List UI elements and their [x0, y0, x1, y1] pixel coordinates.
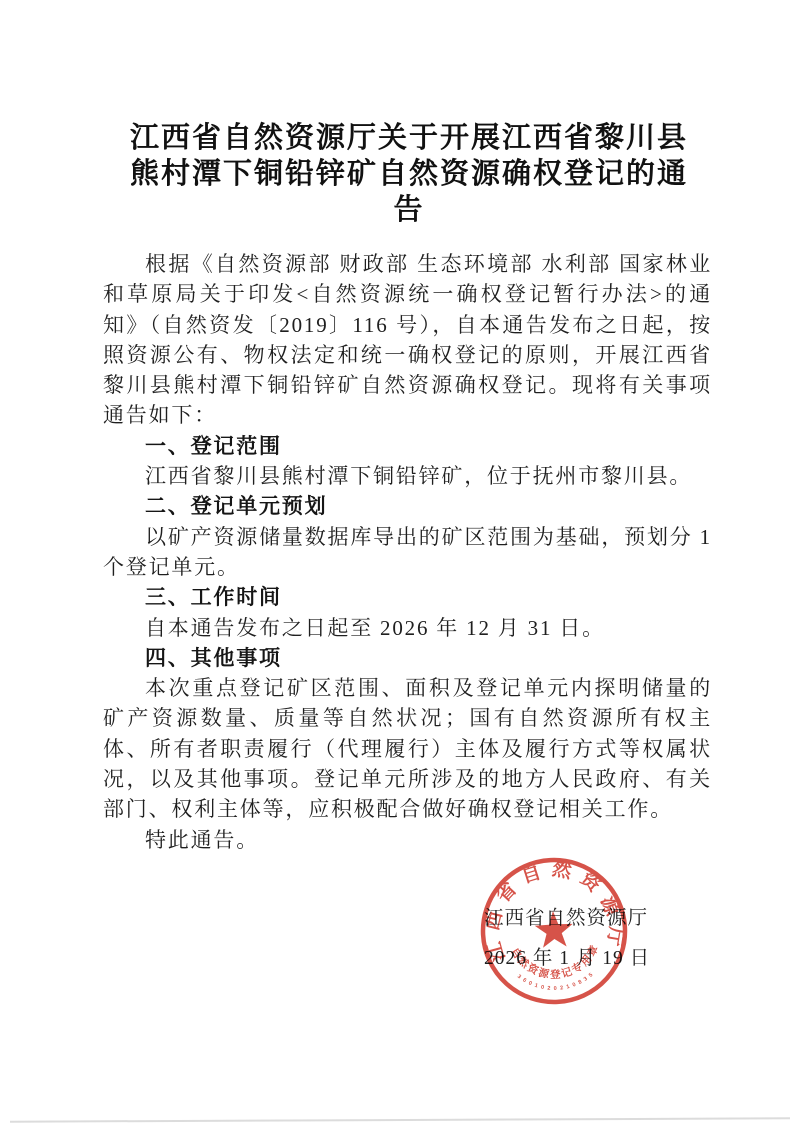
seal-graphic: 江西省自然资源厅 自然资源登记专用章 3601020210835	[470, 847, 638, 1015]
star-icon	[534, 910, 574, 948]
seal-ring-text: 江西省自然资源厅	[477, 853, 629, 964]
section-2-heading: 二、登记单元预划	[103, 491, 712, 521]
official-seal: 江西省自然资源厅 自然资源登记专用章 3601020210835	[470, 847, 638, 1015]
document-title: 江西省自然资源厅关于开展江西省黎川县熊村潭下铜铅锌矿自然资源确权登记的通告	[126, 120, 692, 228]
section-1-heading: 一、登记范围	[103, 431, 712, 461]
document-body: 根据《自然资源部 财政部 生态环境部 水利部 国家林业和草原局关于印发<自然资源…	[103, 249, 712, 855]
section-1-body: 江西省黎川县熊村潭下铜铅锌矿，位于抚州市黎川县。	[103, 461, 712, 491]
section-3-body: 自本通告发布之日起至 2026 年 12 月 31 日。	[103, 613, 712, 643]
document-page: 江西省自然资源厅关于开展江西省黎川县熊村潭下铜铅锌矿自然资源确权登记的通告 根据…	[0, 0, 800, 1131]
page-bottom-edge	[10, 1117, 790, 1122]
section-3-heading: 三、工作时间	[103, 582, 712, 612]
section-4-heading: 四、其他事项	[103, 643, 712, 673]
section-2-body: 以矿产资源储量数据库导出的矿区范围为基础，预划分 1 个登记单元。	[103, 522, 712, 583]
intro-paragraph: 根据《自然资源部 财政部 生态环境部 水利部 国家林业和草原局关于印发<自然资源…	[103, 249, 712, 431]
section-4-body: 本次重点登记矿区范围、面积及登记单元内探明储量的矿产资源数量、质量等自然状况；国…	[103, 673, 712, 824]
